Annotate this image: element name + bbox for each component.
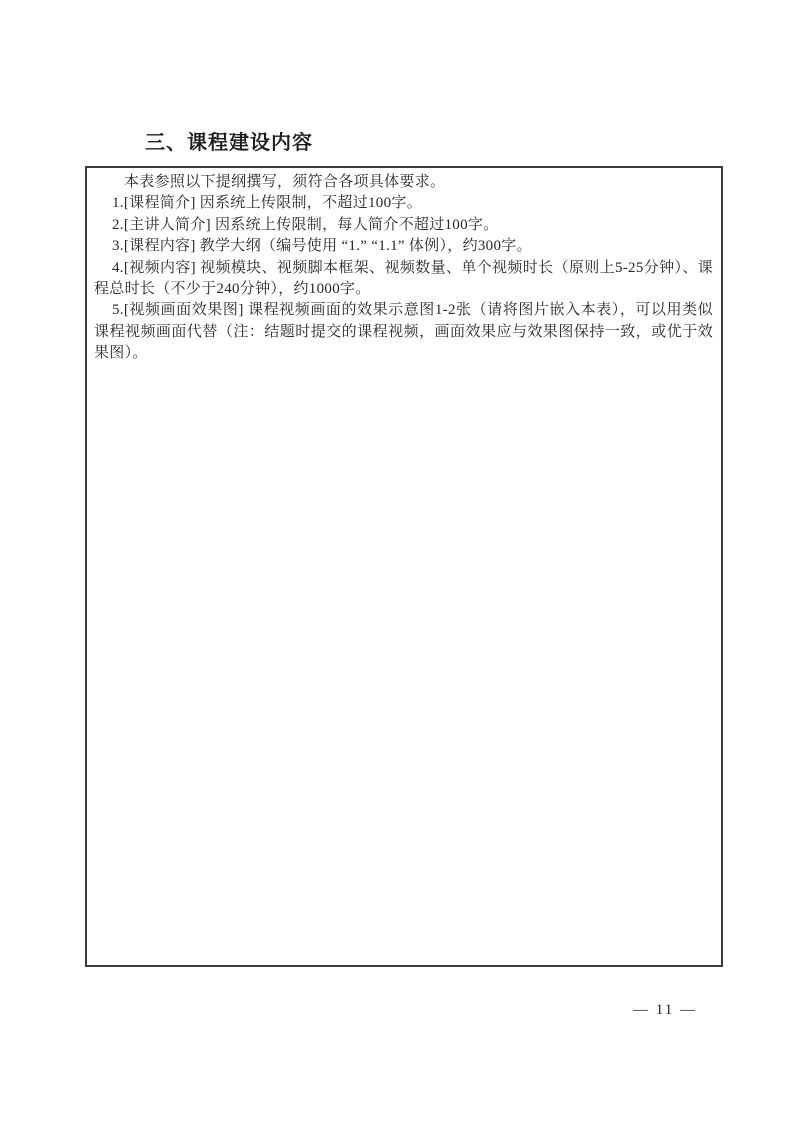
document-page: 三、课程建设内容 本表参照以下提纲撰写，须符合各项具体要求。 1.[课程简介] … [0, 0, 794, 1123]
box-intro-paragraph: 本表参照以下提纲撰写，须符合各项具体要求。 [94, 172, 713, 193]
box-item-lecturer-brief: 2.[主讲人简介] 因系统上传限制，每人简介不超过100字。 [94, 215, 713, 236]
section-title: 三、课程建设内容 [145, 129, 313, 157]
box-item-video-content: 4.[视频内容] 视频模块、视频脚本框架、视频数量、单个视频时长（原则上5-25… [94, 258, 713, 301]
content-box: 本表参照以下提纲撰写，须符合各项具体要求。 1.[课程简介] 因系统上传限制，不… [85, 166, 723, 967]
page-number: — 11 — [600, 1002, 730, 1019]
box-item-video-effect-image: 5.[视频画面效果图] 课程视频画面的效果示意图1-2张（请将图片嵌入本表），可… [94, 300, 713, 364]
box-item-course-brief: 1.[课程简介] 因系统上传限制，不超过100字。 [94, 193, 713, 214]
box-item-course-content: 3.[课程内容] 教学大纲（编号使用 “1.” “1.1” 体例），约300字。 [94, 236, 713, 257]
